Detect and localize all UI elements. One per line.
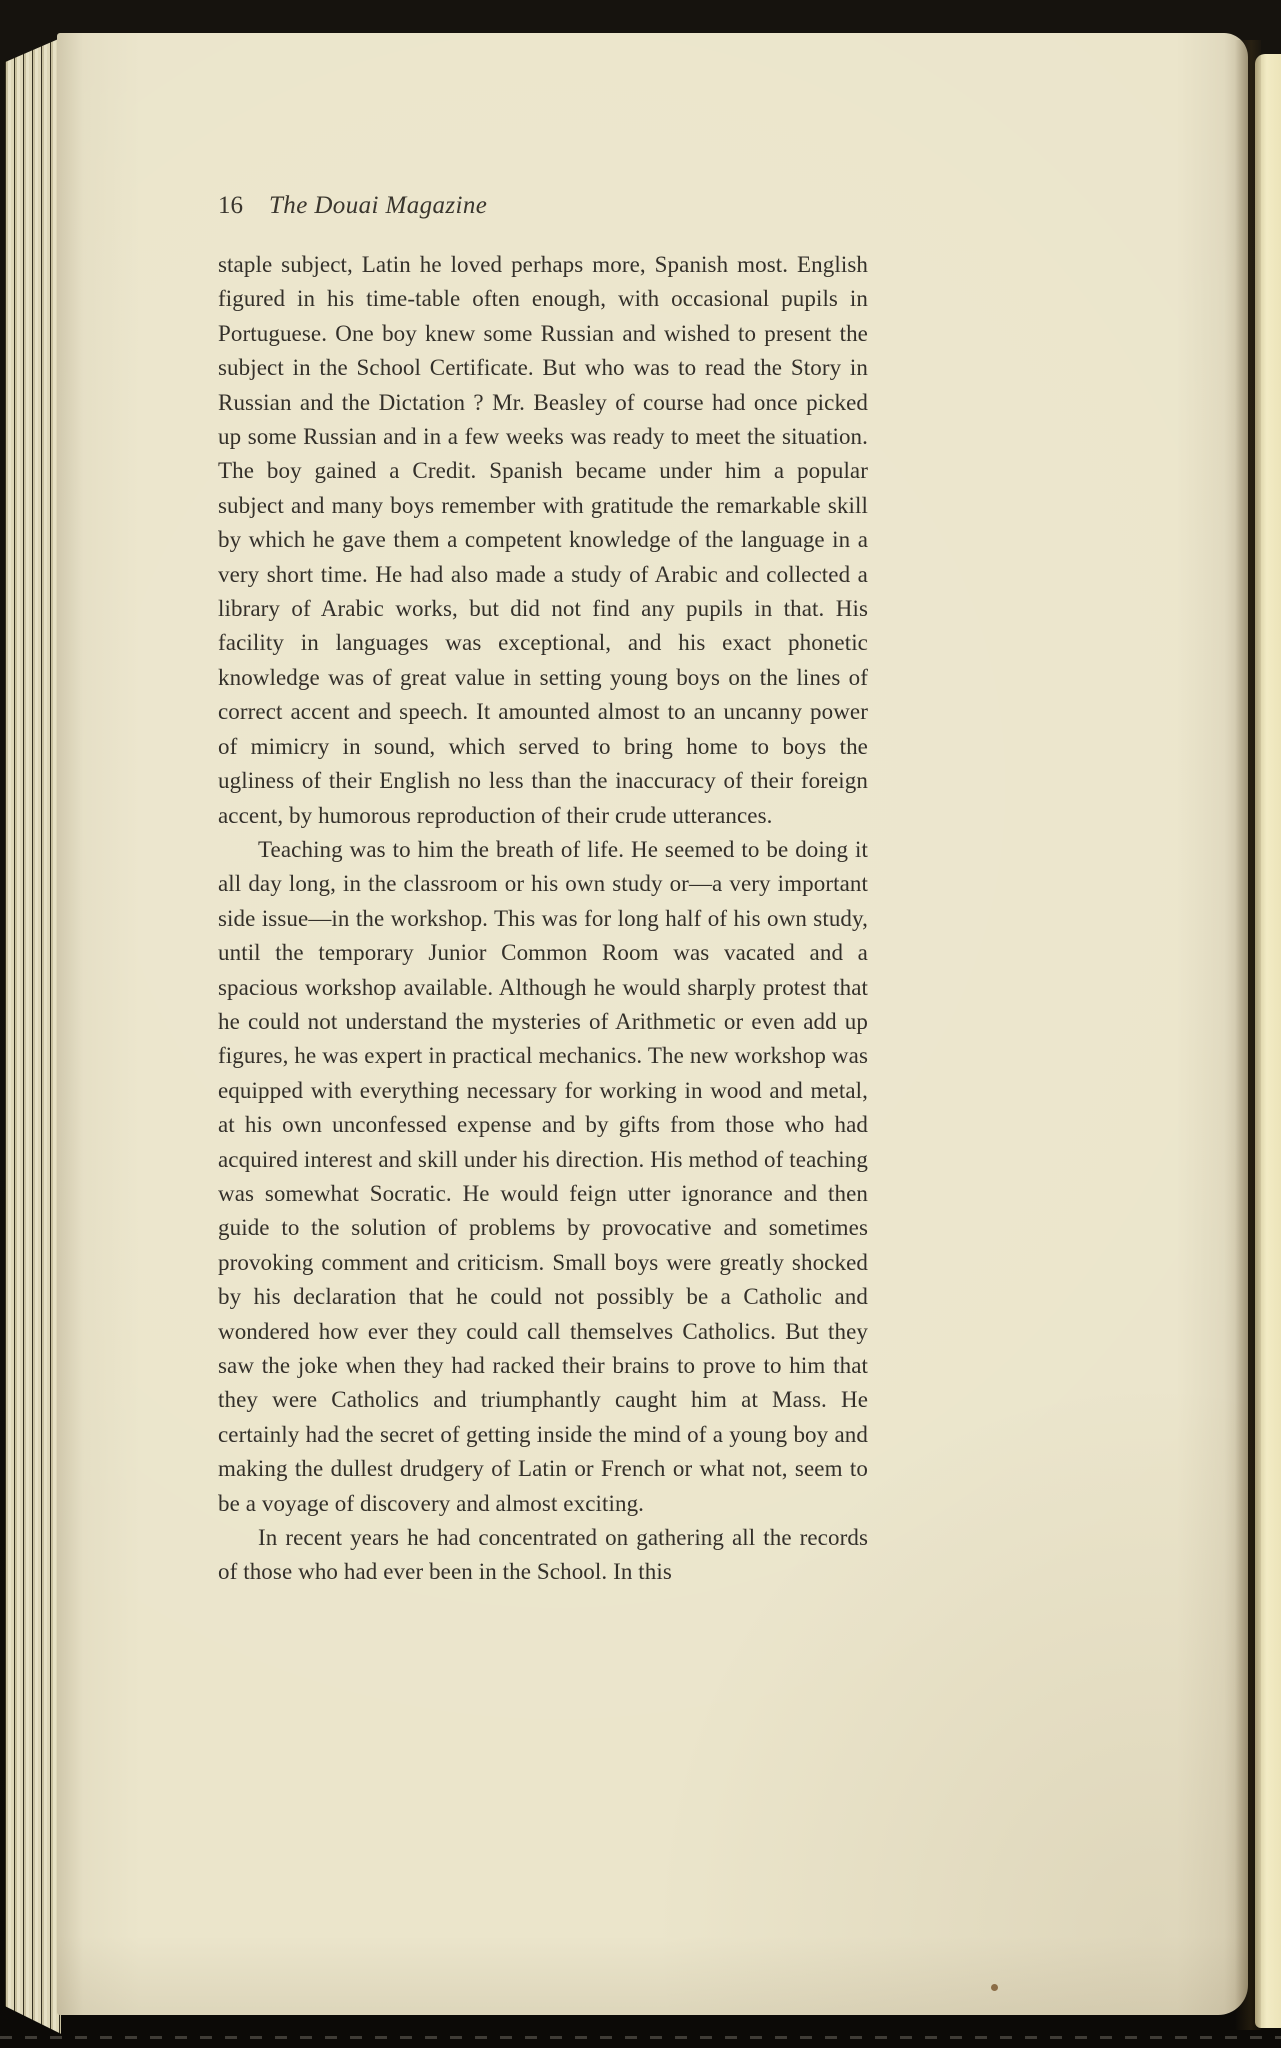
stacked-page-edges: [5, 38, 61, 2034]
article-body: staple subject, Latin he loved perhaps m…: [218, 248, 868, 1590]
paragraph: Teaching was to him the breath of life. …: [218, 833, 868, 1521]
foxing-spot: [991, 1984, 998, 1991]
book-page-scan: 16 The Douai Magazine staple subject, La…: [0, 0, 1281, 2048]
binding-stitching: [0, 2036, 1281, 2039]
journal-title: The Douai Magazine: [269, 191, 487, 221]
page-number: 16: [218, 191, 243, 221]
paragraph: staple subject, Latin he loved perhaps m…: [218, 248, 868, 833]
running-head: 16 The Douai Magazine: [218, 191, 868, 221]
paragraph: In recent years he had concentrated on g…: [218, 1521, 868, 1590]
gutter-shadow: [1235, 40, 1261, 2030]
text-block: 16 The Douai Magazine staple subject, La…: [218, 191, 868, 1590]
main-page: 16 The Douai Magazine staple subject, La…: [57, 33, 1248, 2015]
